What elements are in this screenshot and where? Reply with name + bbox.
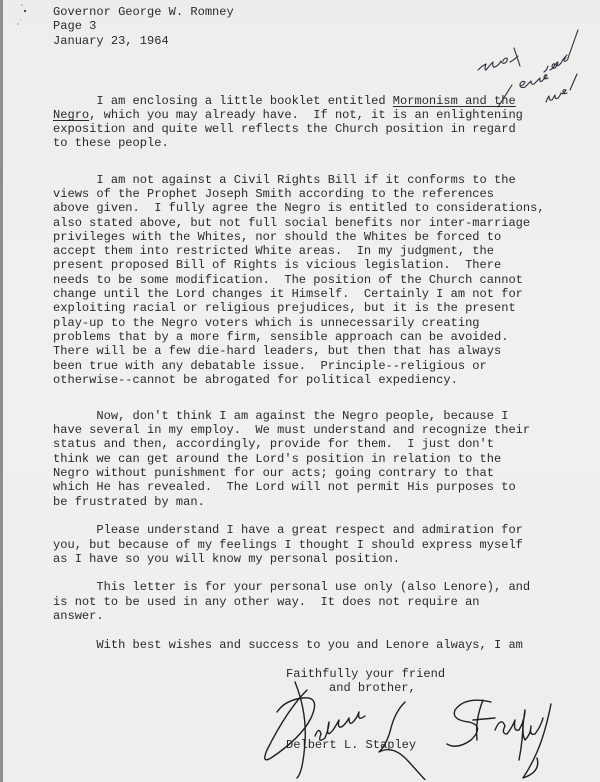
paragraph-4-line: as I have so you will know my personal p… xyxy=(53,552,400,566)
paragraph-3-line: Now, don't think I am against the Negro … xyxy=(53,409,508,423)
paragraph-2-line: otherwise--cannot be abrogated for polit… xyxy=(53,373,458,387)
book-title: Mormonism and the xyxy=(393,94,516,108)
paragraph-2-line: above given. I fully agree the Negro is … xyxy=(53,201,545,215)
book-title-cont: Negro xyxy=(53,108,89,122)
paragraph-2-line: change until the Lord changes it Himself… xyxy=(53,287,523,301)
paragraph-4-line: Please understand I have a great respect… xyxy=(53,523,523,537)
text: I am enclosing a little booklet entitled xyxy=(53,94,393,108)
handwritten-signature xyxy=(255,680,585,780)
paragraph-4-line: you, but because of my feelings I though… xyxy=(53,538,523,552)
paragraph-3-line: which He has revealed. The Lord will not… xyxy=(53,480,516,494)
paragraph-2-line: problems that by a more firm, sensible a… xyxy=(53,330,508,344)
paragraph-2-line: There will be a few die-hard leaders, bu… xyxy=(53,344,501,358)
paragraph-2-line: been true with any debatable issue. Prin… xyxy=(53,359,487,373)
paragraph-5-line: This letter is for your personal use onl… xyxy=(53,580,530,594)
paragraph-5-line: is not to be used in any other way. It d… xyxy=(53,595,480,609)
paragraph-1-line-3: exposition and quite well reflects the C… xyxy=(53,122,516,136)
paragraph-2-line: present proposed Bill of Rights is vicio… xyxy=(53,258,501,272)
paragraph-3-line: Negro without punishment for our acts; g… xyxy=(53,466,494,480)
paragraph-2-line: privileges with the Whites, nor should t… xyxy=(53,230,501,244)
paragraph-2-line: also stated above, but not full social b… xyxy=(53,216,530,230)
paragraph-2-line: exploiting racial or religious prejudice… xyxy=(53,301,516,315)
paragraph-5-line: answer. xyxy=(53,609,104,623)
recipient-line: Governor George W. Romney xyxy=(53,5,234,19)
scan-specks xyxy=(9,2,39,32)
paragraph-2-line: I am not against a Civil Rights Bill if … xyxy=(53,173,516,187)
closing-wish-line: With best wishes and success to you and … xyxy=(53,638,523,652)
paragraph-3-line: have several in my employ. We must under… xyxy=(53,423,530,437)
paragraph-3-line: be frustrated by man. xyxy=(53,495,205,509)
letter-date: January 23, 1964 xyxy=(53,34,169,48)
page-number: Page 3 xyxy=(53,19,96,33)
closing-line-1: Faithfully your friend xyxy=(286,667,445,681)
paragraph-3-line: status and then, accordingly, provide fo… xyxy=(53,437,494,451)
paragraph-2-line: play-up to the Negro voters which is unn… xyxy=(53,316,480,330)
paragraph-1-line-1: I am enclosing a little booklet entitled… xyxy=(53,94,516,108)
paragraph-2-line: accept them into restricted White areas.… xyxy=(53,244,494,258)
paragraph-2-line: needs to be some modification. The posit… xyxy=(53,273,523,287)
paragraph-1-line-4: to these people. xyxy=(53,136,169,150)
paragraph-2-line: views of the Prophet Joseph Smith accord… xyxy=(53,187,494,201)
paragraph-3-line: think we can get around the Lord's posit… xyxy=(53,452,501,466)
text: , which you may already have. If not, it… xyxy=(89,108,523,122)
paragraph-1-line-2: Negro, which you may already have. If no… xyxy=(53,108,523,122)
